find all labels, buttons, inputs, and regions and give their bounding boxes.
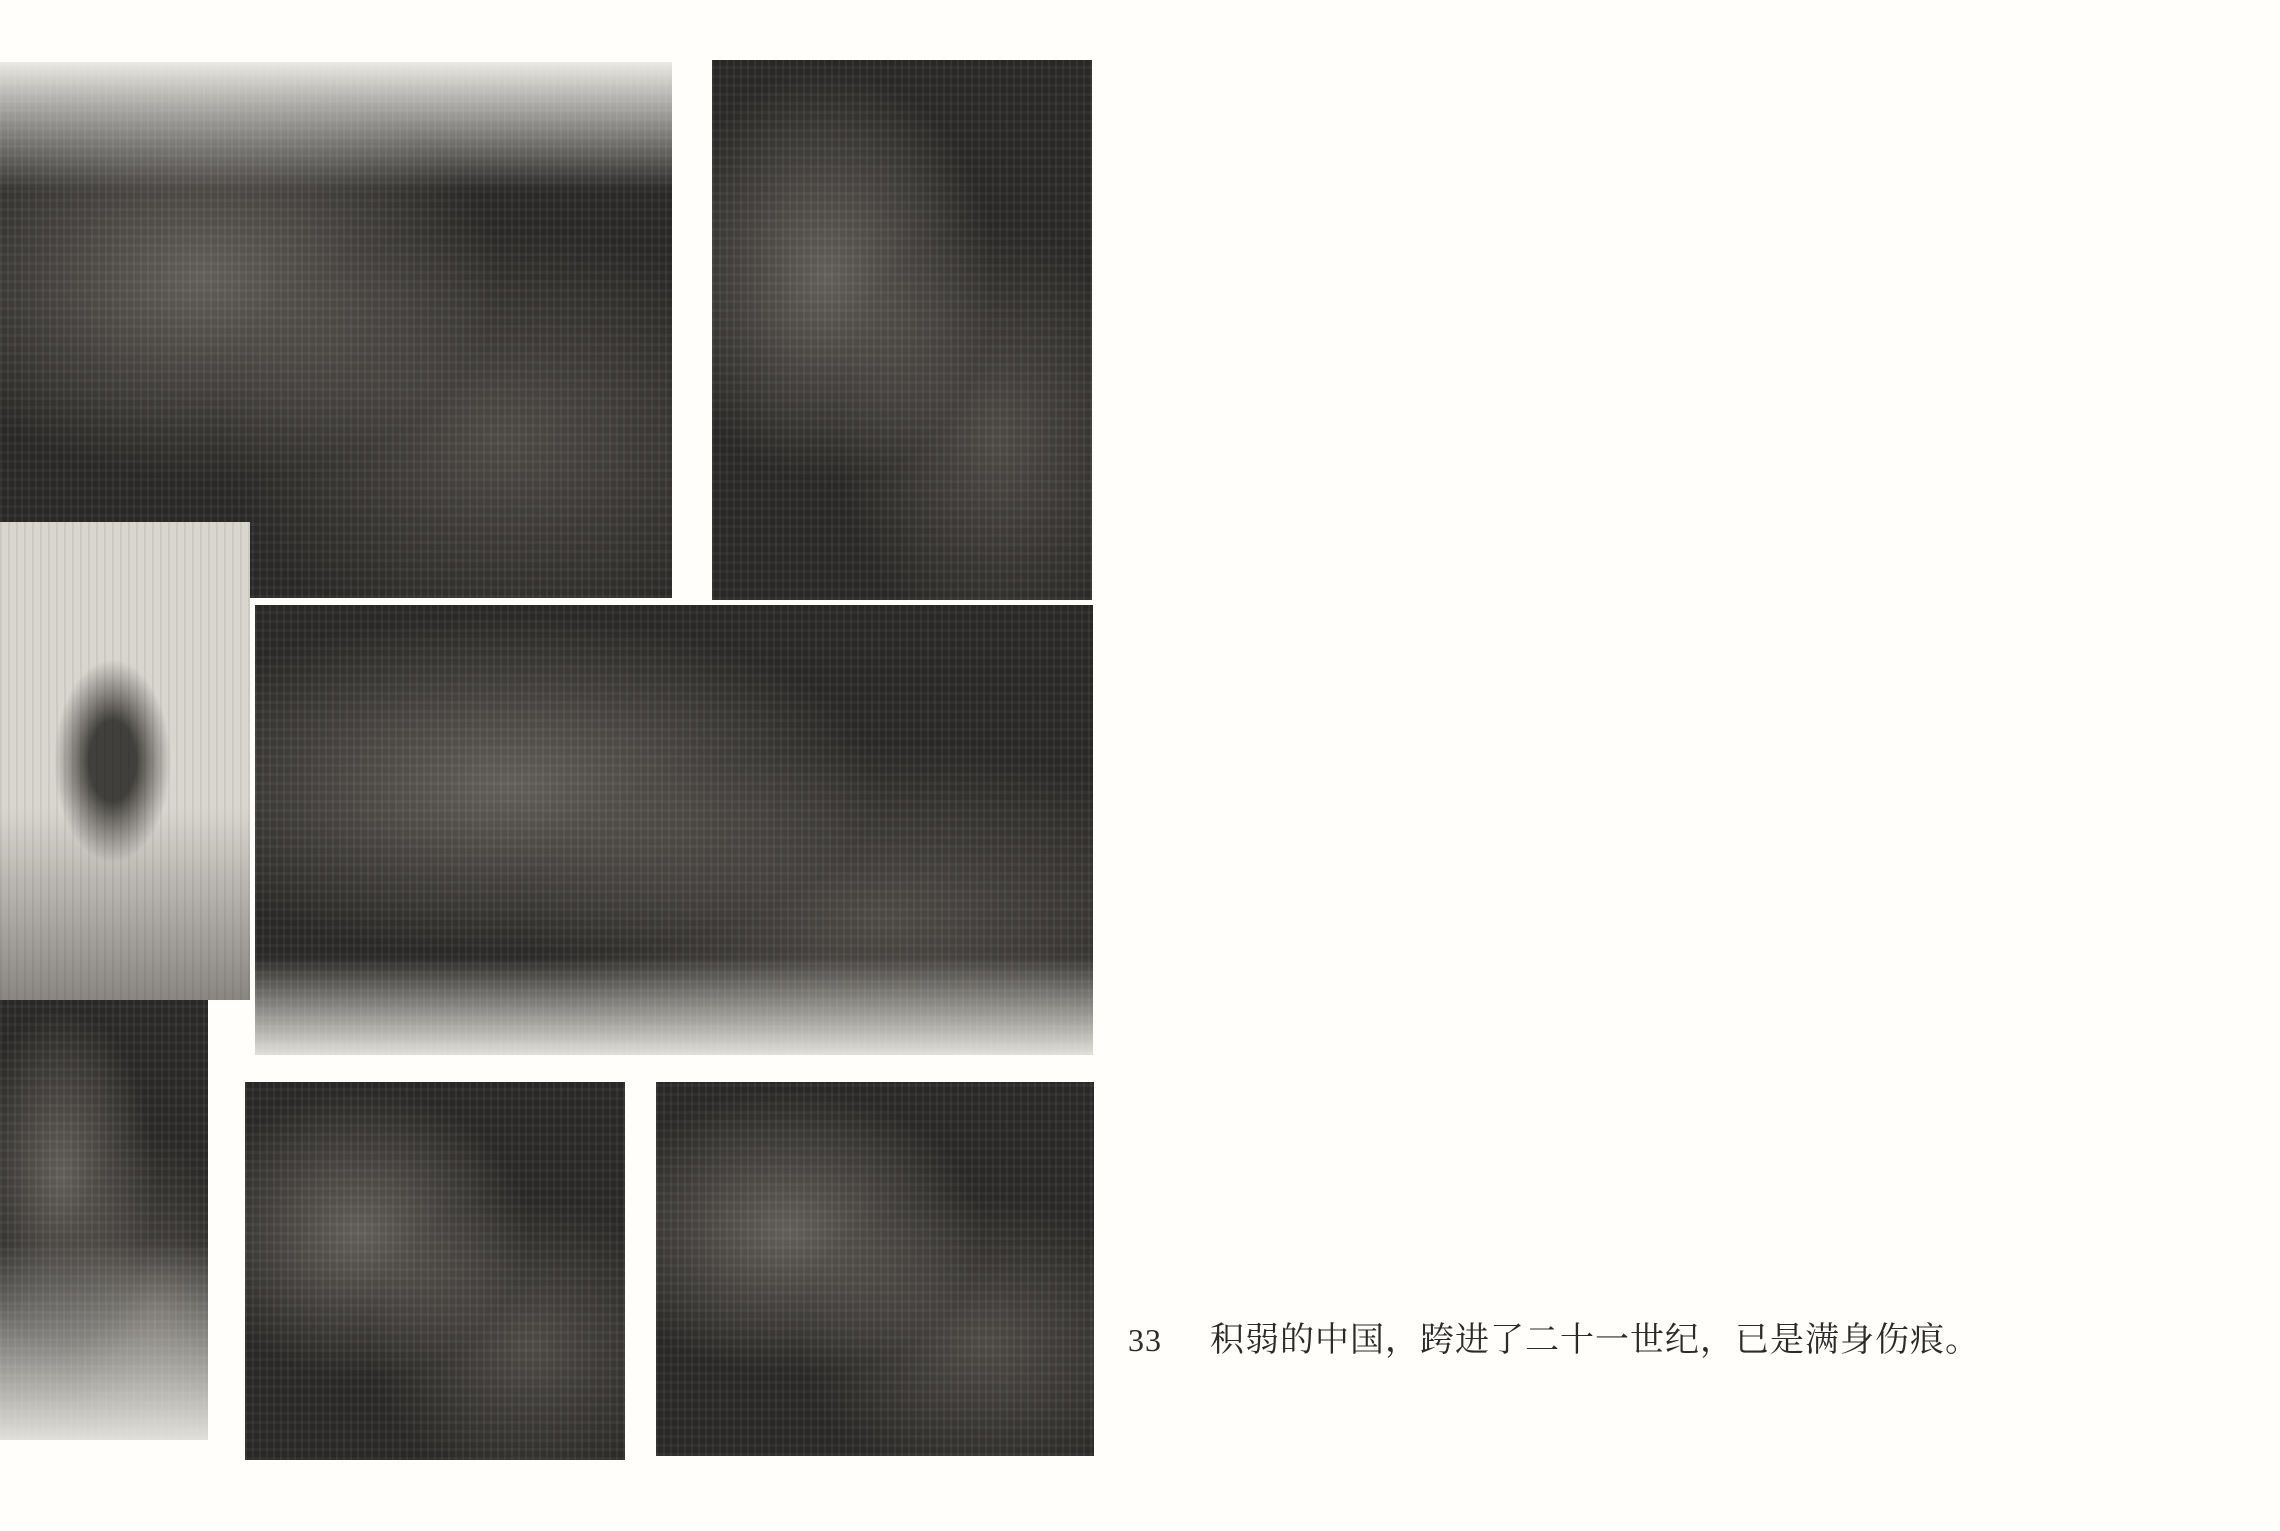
photo-soldiers-group xyxy=(712,60,1092,600)
photo-crouching-person xyxy=(255,605,1093,1055)
photo-collage xyxy=(0,0,1110,1480)
photo-seated-child xyxy=(656,1082,1094,1456)
photo-lying-figure xyxy=(0,1000,208,1440)
photo-dark-figure xyxy=(245,1082,625,1460)
photo-street-scene xyxy=(0,62,672,598)
photo-standing-figure xyxy=(0,522,250,1000)
figure-number: 33 xyxy=(1128,1322,1162,1359)
figure-caption: 33 积弱的中国，跨进了二十一世纪，已是满身伤痕。 xyxy=(1128,1312,1980,1361)
caption-text: 积弱的中国，跨进了二十一世纪，已是满身伤痕。 xyxy=(1210,1312,1980,1361)
